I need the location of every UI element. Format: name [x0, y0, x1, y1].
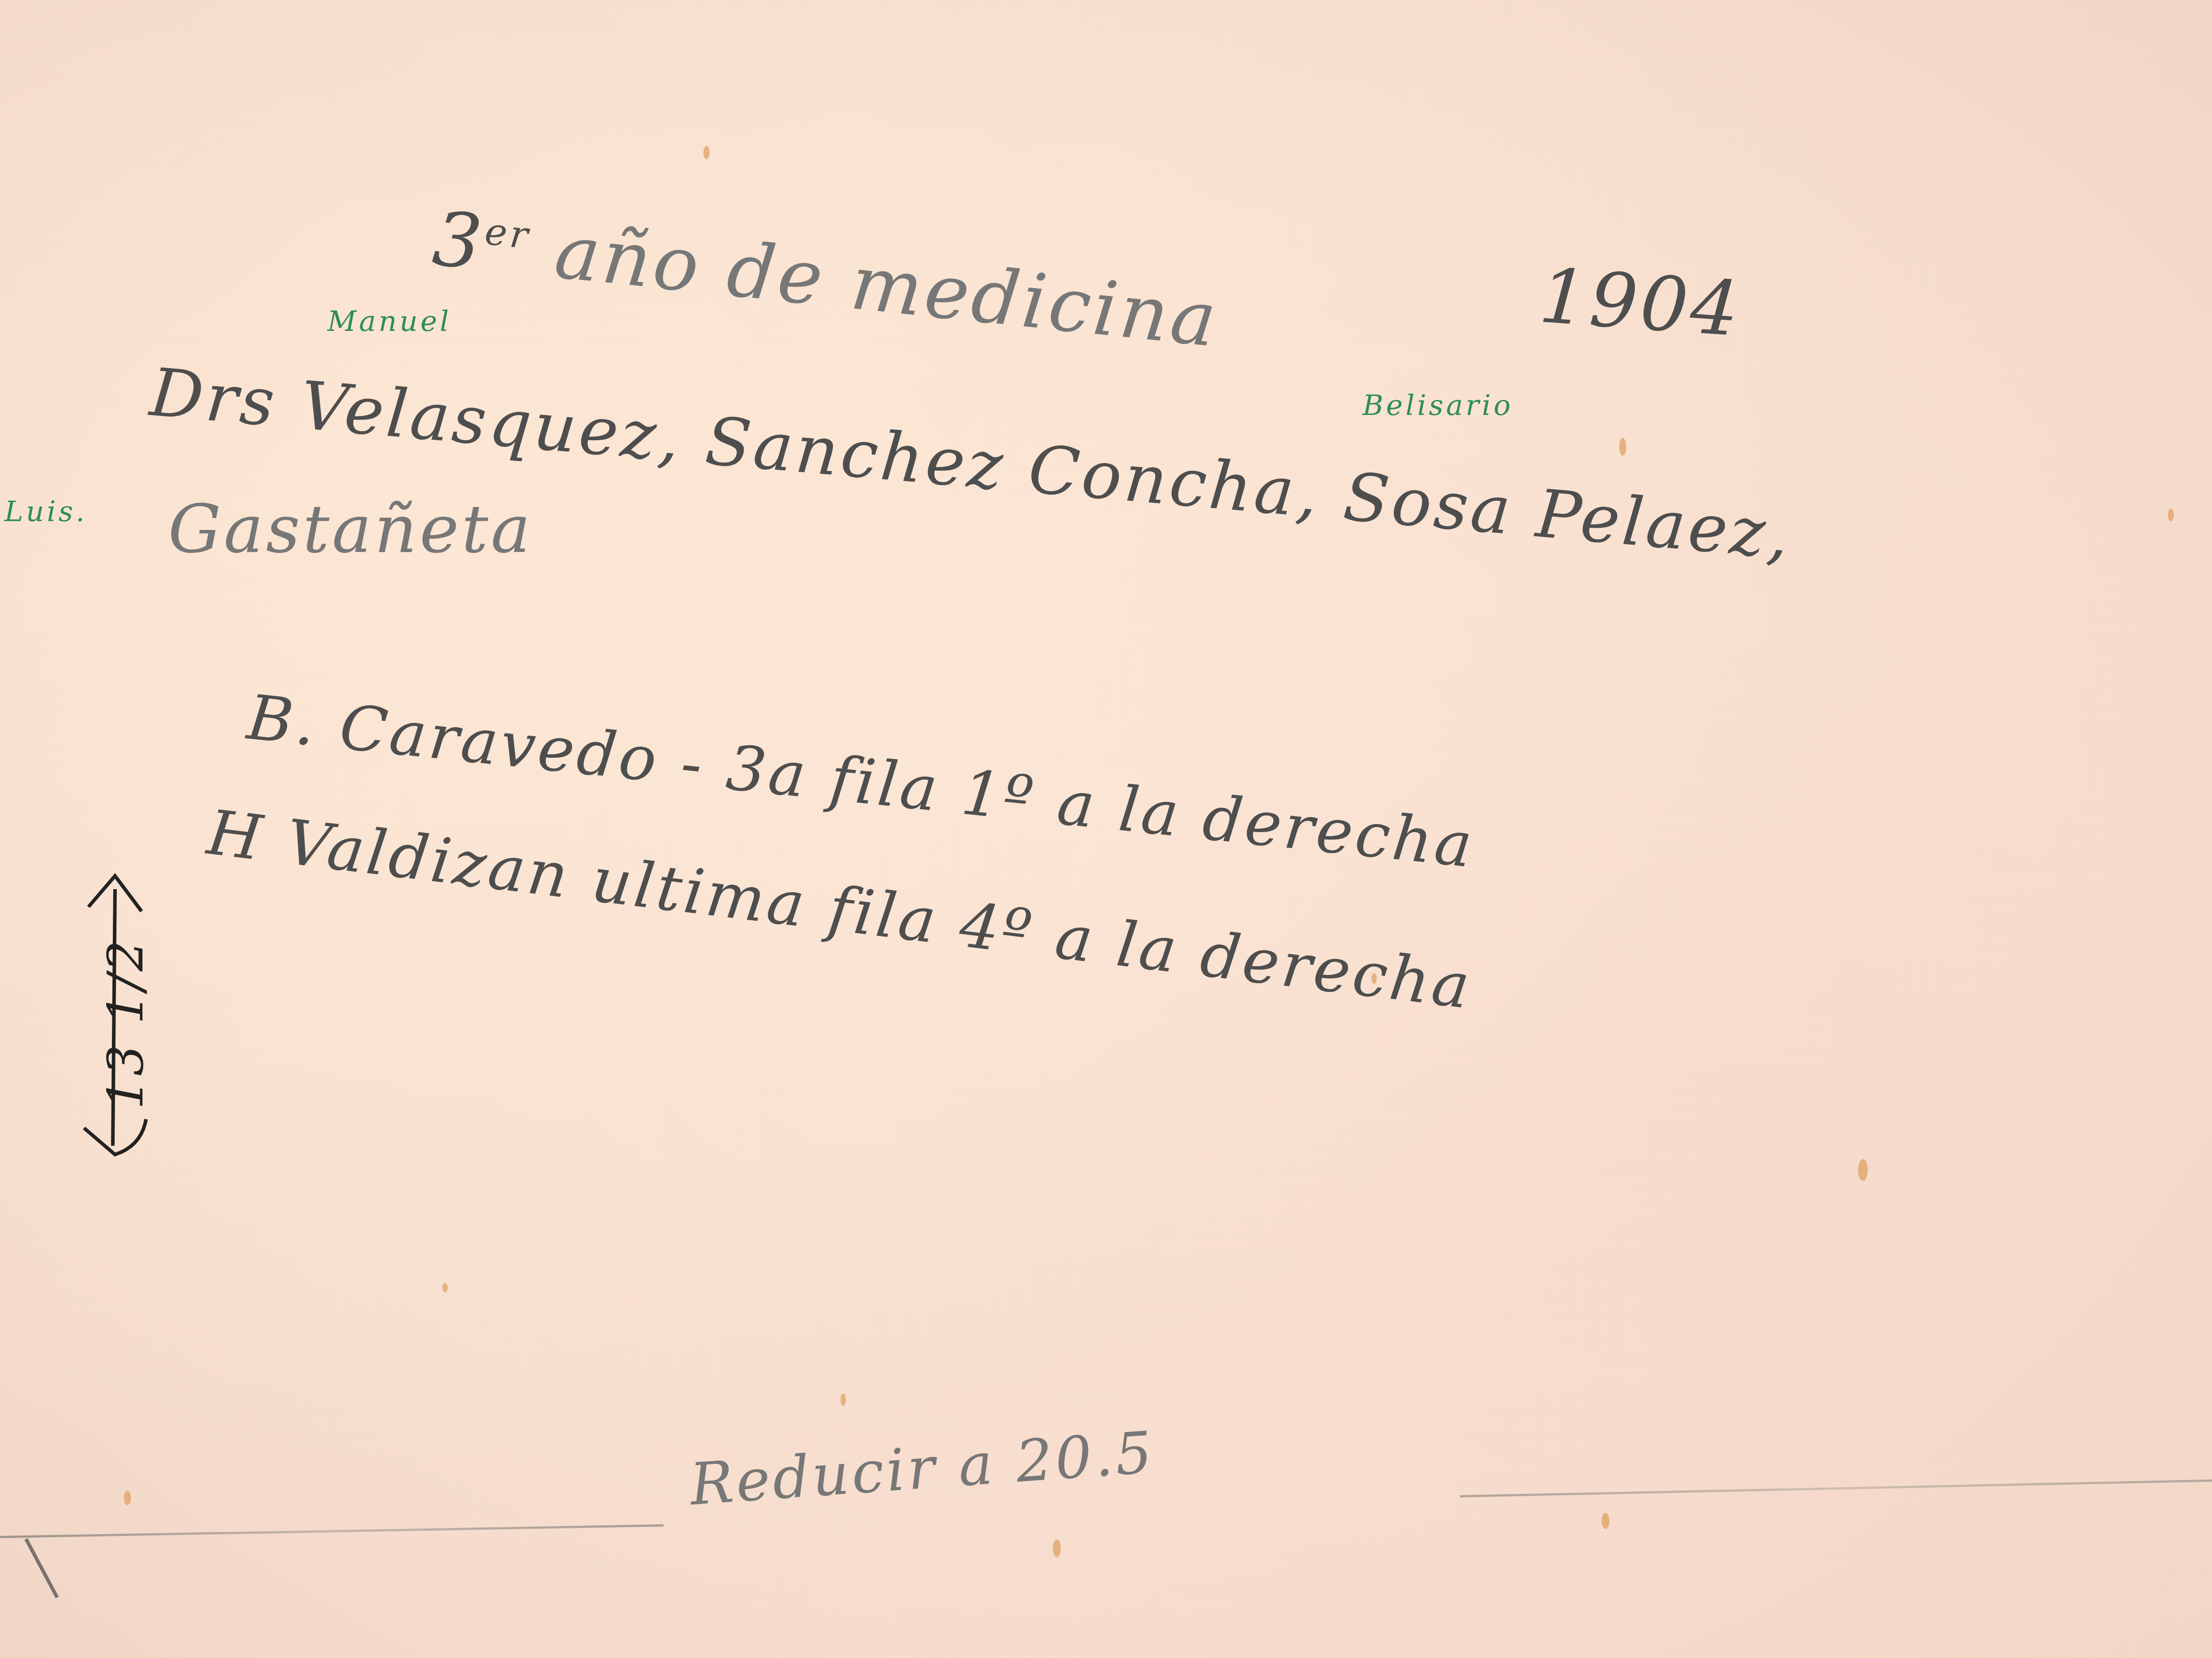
foxing-spot: [1858, 1159, 1868, 1181]
foxing-spot: [124, 1491, 131, 1505]
foxing-spot: [442, 1283, 448, 1293]
title-line: 3er año de medicina: [429, 195, 1223, 365]
foxing-spot: [703, 146, 710, 159]
title-year: 1904: [1536, 252, 1744, 353]
annotation-luis: Luis.: [4, 495, 87, 528]
crease-line-right: [1460, 1479, 2212, 1497]
photo-back-sheet: 3er año de medicina 1904 Manuel Belisari…: [0, 0, 2212, 1658]
corner-tear: [24, 1538, 58, 1598]
names-line-2: Gastañeta: [168, 491, 533, 568]
footer-reduction-note: Reducir a 20.5: [688, 1419, 1157, 1518]
annotation-manuel: Manuel: [327, 305, 451, 338]
foxing-spot: [1601, 1513, 1609, 1529]
crease-line-left: [0, 1524, 664, 1538]
foxing-spot: [1619, 438, 1626, 456]
foxing-spot: [1053, 1539, 1061, 1557]
title-text: año de medicina: [551, 208, 1223, 365]
title-ordinal: 3: [429, 195, 488, 288]
title-ordinal-suffix: er: [483, 210, 533, 258]
foxing-spot: [2168, 509, 2174, 521]
annotation-belisario: Belisario: [1363, 389, 1513, 422]
foxing-spot: [841, 1393, 846, 1406]
margin-measurement: 13 1/2: [58, 863, 155, 1172]
margin-measure-text: 13 1/2: [97, 938, 154, 1109]
